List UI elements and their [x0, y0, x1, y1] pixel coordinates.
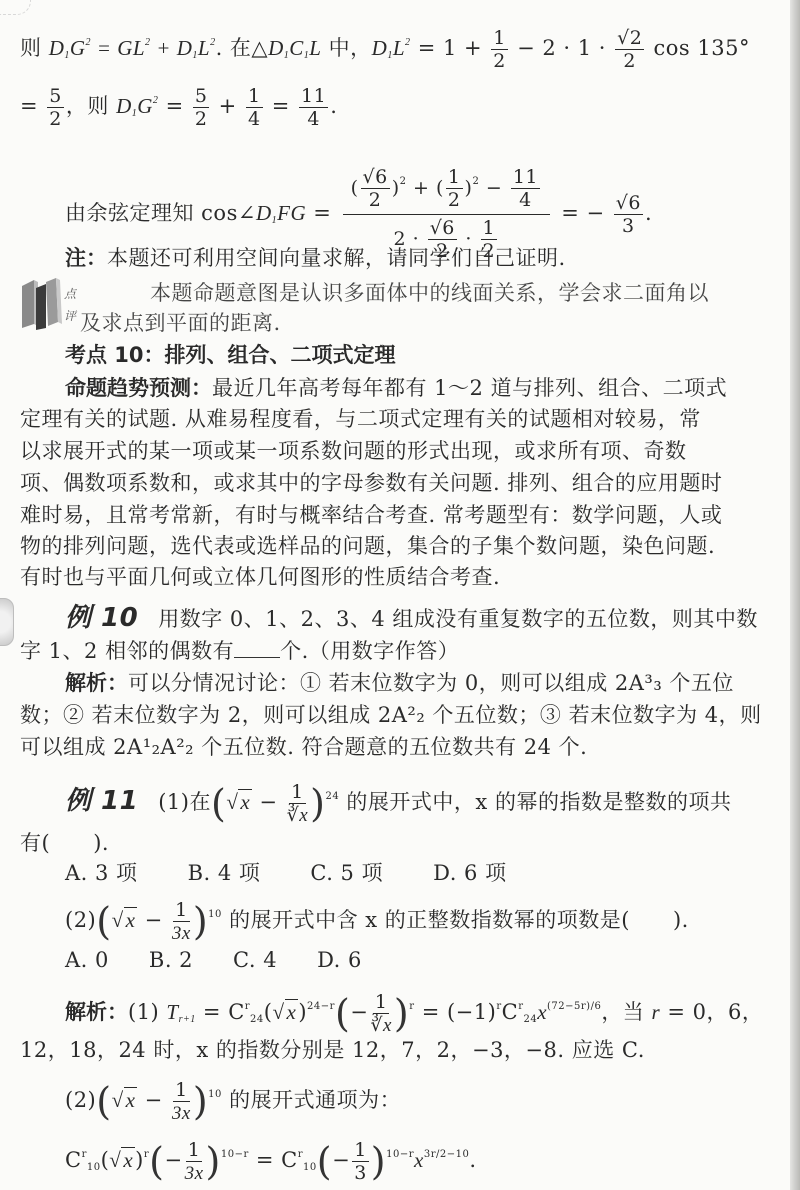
fraction: 52	[193, 87, 210, 129]
option-d: D. 6 项	[433, 858, 506, 888]
text: 中，	[321, 36, 371, 60]
text: 用数字 0、1、2、3、4 组成没有重复数字的五位数，则其中数	[158, 607, 758, 631]
trend-line-3: 以求展开式的某一项或某一项系数问题的形式出现，或求所有项、奇数	[20, 436, 778, 466]
example11-solution-1: 解析：(1) Tr+1 = Cr24(√x)24−r(−1∛x)r = (−1)…	[65, 992, 778, 1035]
example11-solution-2: 12，18，24 时，x 的指数分别是 12，7，2，−3，−8. 应选 C.	[20, 1035, 778, 1065]
trend-line-5: 难时易，且常考常新，有时与概率结合考查. 常考题型有：数学问题，人或	[20, 500, 778, 530]
example-tag: 例 11	[65, 786, 138, 816]
text: 的展开式通项为：	[229, 1088, 401, 1112]
books-comment-icon: 点 评	[16, 278, 78, 330]
svg-text:评: 评	[64, 309, 78, 323]
derivation-line-1: 则 D1G2 = GL2 + D1L2. 在△D1C1L 中，D1L2 = 1 …	[20, 28, 778, 71]
derivation-line-2: = 52，则 D1G2 = 52 + 14 = 114.	[20, 86, 778, 129]
corner-decoration	[0, 0, 31, 15]
text: 则	[20, 36, 42, 60]
comment-text: 及求点到平面的距离.	[80, 311, 281, 335]
text: 可以分情况讨论：① 若末位数字为 0，则可以组成 2A³₃ 个五位	[128, 671, 734, 695]
option-a: A. 0	[65, 945, 109, 975]
text: =	[20, 94, 38, 118]
fraction: √63	[614, 194, 643, 236]
note-line: 注：本题还可利用空间向量求解，请同学们自己证明.	[65, 243, 778, 273]
text: 字 1、2 相邻的偶数有	[20, 639, 234, 663]
example10-solution-3: 可以组成 2A¹₂A²₂ 个五位数. 符合题意的五位数共有 24 个.	[20, 732, 778, 762]
fraction: 12	[491, 29, 508, 71]
trend-line-1: 命题趋势预测：最近几年高考每年都有 1～2 道与排列、组合、二项式	[65, 373, 778, 403]
text: . 在△	[216, 36, 269, 60]
math-expr: Cr10(√x)r(−13x)10−r = Cr10(−13)10−rx3r/2…	[65, 1148, 477, 1172]
text: cos 135°	[654, 36, 750, 60]
svg-text:点: 点	[64, 287, 77, 301]
comment-line-2: 及求点到平面的距离.	[80, 308, 778, 338]
text: +	[219, 94, 237, 118]
trend-line-4: 项、偶数项系数和，或求其中的字母参数有关问题. 排列、组合的应用题时	[20, 468, 778, 498]
math-expr: (1) Tr+1 = Cr24(√x)24−r(−1∛x)r = (−1)rCr…	[128, 1000, 763, 1024]
example11-solution-4: Cr10(√x)r(−13x)10−r = Cr10(−13)10−rx3r/2…	[65, 1140, 778, 1183]
option-c: C. 4	[233, 945, 277, 975]
math-expr: D1G2 = GL2 + D1L2	[49, 36, 216, 60]
text: 的展开式中，x 的幂的指数是整数的项共	[346, 790, 731, 814]
option-b: B. 4 项	[188, 858, 261, 888]
fraction: 114	[299, 87, 328, 129]
example11-q2-line: (2)(√x − 13x)10 的展开式中含 x 的正整数指数幂的项数是( ).	[65, 900, 778, 943]
math-expr: D1C1L	[268, 36, 321, 60]
text: 个.（用数字作答）	[280, 639, 459, 663]
fraction: 14	[246, 87, 263, 129]
text: − 2 · 1 ·	[517, 36, 606, 60]
comment-line-1: 本题命题意图是认识多面体中的线面关系，学会求二面角以	[150, 278, 778, 308]
text: (2)	[65, 908, 96, 932]
text: (1)在	[158, 790, 211, 814]
example10-line-2: 字 1、2 相邻的偶数有个.（用数字作答）	[20, 636, 778, 666]
option-d: D. 6	[317, 945, 362, 975]
fraction: √22	[615, 29, 644, 71]
page-edge-shadow	[790, 0, 800, 1190]
solution-label: 解析：	[65, 671, 128, 695]
note-text: 本题还可利用空间向量求解，请同学们自己证明.	[107, 246, 566, 270]
example10-solution-2: 数；② 若末位数字为 2，则可以组成 2A²₂ 个五位数；③ 若末位数字为 4，…	[20, 700, 778, 730]
text: .	[645, 201, 652, 225]
option-a: A. 3 项	[65, 858, 138, 888]
math-expr: D1L2	[372, 36, 411, 60]
example11-q1-line-1: 例 11(1)在(√x − 1∛x)24 的展开式中，x 的幂的指数是整数的项共	[65, 782, 778, 825]
text: 最近几年高考每年都有 1～2 道与排列、组合、二项式	[212, 376, 727, 400]
fraction: 52	[47, 87, 64, 129]
trend-line-6: 物的排列问题，选代表或选样品的问题，集合的子集个数问题，染色问题.	[20, 531, 778, 561]
text: 的展开式中含 x 的正整数指数幂的项数是( ).	[229, 908, 689, 932]
solution-label: 解析：	[65, 1000, 128, 1024]
answer-blank	[234, 637, 280, 658]
text: (2)	[65, 1088, 96, 1112]
math-expr: D1G2	[116, 94, 158, 118]
math-expr: D1FG	[256, 201, 306, 225]
example11-q2-options: A. 0B. 2C. 4D. 6	[65, 945, 778, 975]
numerator: (√62)2 + (12)2 − 114	[343, 168, 550, 215]
trend-line-7: 有时也与平面几何或立体几何图形的性质结合考查.	[20, 562, 778, 592]
section-heading: 考点 10：排列、组合、二项式定理	[65, 340, 778, 370]
trend-label: 命题趋势预测：	[65, 376, 212, 400]
example11-q1-line-2: 有( ).	[20, 828, 778, 858]
text: .	[330, 94, 337, 118]
edge-badge-decoration	[0, 598, 14, 646]
example10-line-1: 例 10用数字 0、1、2、3、4 组成没有重复数字的五位数，则其中数	[65, 603, 778, 634]
option-b: B. 2	[149, 945, 193, 975]
text: =	[272, 94, 290, 118]
example-tag: 例 10	[65, 603, 138, 633]
example11-solution-3: (2)(√x − 13x)10 的展开式通项为：	[65, 1080, 778, 1123]
text: 由余弦定理知 cos∠	[65, 201, 256, 225]
option-c: C. 5 项	[310, 858, 383, 888]
trend-line-2: 定理有关的试题. 从难易程度看，与二项式定理有关的试题相对较易，常	[20, 404, 778, 434]
example10-solution-1: 解析：可以分情况讨论：① 若末位数字为 0，则可以组成 2A³₃ 个五位	[65, 668, 778, 698]
text: ，则	[66, 94, 116, 118]
comment-text: 本题命题意图是认识多面体中的线面关系，学会求二面角以	[150, 281, 709, 305]
text: = −	[561, 201, 604, 225]
example11-q1-options: A. 3 项B. 4 项C. 5 项D. 6 项	[65, 858, 778, 888]
note-label: 注：	[65, 246, 107, 270]
